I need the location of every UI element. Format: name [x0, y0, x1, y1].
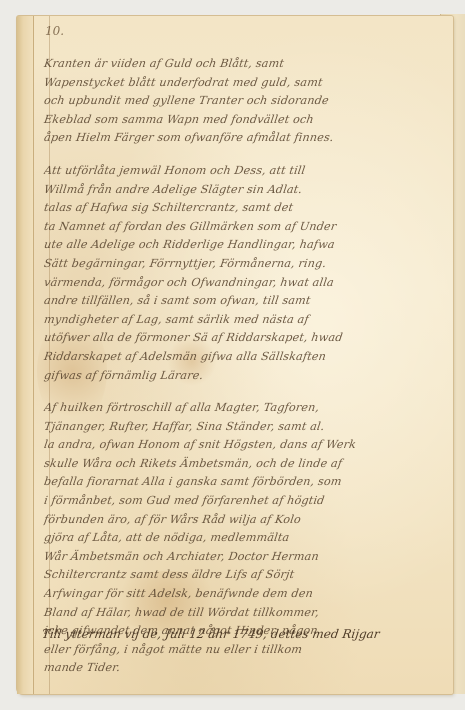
- text-line: andre tillfällen, så i samt som ofwan, t…: [43, 292, 438, 311]
- text-line: eller förfång, i något mätte nu eller i …: [43, 641, 438, 660]
- text-line: Wapenstycket blått underfodrat med guld,…: [43, 74, 438, 93]
- text-line: Ekeblad som samma Wapn med fondvället oc…: [43, 111, 438, 130]
- text-line: gifwas af förnämlig Lärare.: [43, 367, 438, 386]
- text-line: åpen Hielm Färger som ofwanföre afmålat …: [43, 129, 438, 148]
- manuscript-body: Kranten är viiden af Guld och Blått, sam…: [44, 55, 436, 678]
- text-line: Af huilken förtroschill af alla Magter, …: [43, 399, 438, 418]
- text-line: Att utförlåta jemwäl Honom och Dess, att…: [43, 162, 438, 181]
- text-line: Tjänanger, Rufter, Haffar, Sina Ständer,…: [43, 418, 438, 437]
- text-line: gjöra af Låta, att de nödiga, medlemmält…: [43, 529, 438, 548]
- text-line: Schiltercrantz samt dess äldre Lifs af S…: [43, 566, 438, 585]
- paragraph-1: Kranten är viiden af Guld och Blått, sam…: [44, 55, 436, 148]
- text-line: förbunden äro, af för Wårs Råd wilja af …: [43, 511, 438, 530]
- text-line: Sätt begärningar, Förrnyttjer, Förmånern…: [43, 255, 438, 274]
- text-line: myndigheter af Lag, samt särlik med näst…: [43, 311, 438, 330]
- paragraph-2: Att utförlåta jemwäl Honom och Dess, att…: [44, 162, 436, 385]
- text-line: ta Namnet af fordan des Gillmärken som a…: [43, 218, 438, 237]
- text-line: talas af Hafwa sig Schiltercrantz, samt …: [43, 199, 438, 218]
- text-line: Kranten är viiden af Guld och Blått, sam…: [43, 55, 438, 74]
- text-line: mande Tider.: [43, 659, 438, 678]
- text-line: skulle Wåra och Rikets Ämbetsmän, och de…: [43, 455, 438, 474]
- text-line: la andra, ofwan Honom af snit Högsten, d…: [43, 436, 438, 455]
- closing-line: Till ytterman vij de, Juli 12 åhr 1749, …: [41, 627, 443, 641]
- text-line: Wår Ämbetsmän och Archiater, Doctor Herm…: [43, 548, 438, 567]
- text-line: befalla fiorarnat Alla i ganska samt för…: [43, 473, 438, 492]
- text-line: utöfwer alla de förmoner Sä af Riddarska…: [43, 329, 438, 348]
- text-line: och upbundit med gyllene Tranter och sid…: [43, 92, 438, 111]
- text-line: värmenda, förmågor och Ofwandningar, hwa…: [43, 274, 438, 293]
- text-line: ute alle Adelige och Ridderlige Handling…: [43, 236, 438, 255]
- text-line: i förmånbet, som Gud med förfarenhet af …: [43, 492, 438, 511]
- text-line: Willmå från andre Adelige Slägter sin Ad…: [43, 181, 438, 200]
- text-line: Riddarskapet af Adelsmän gifwa alla Säll…: [43, 348, 438, 367]
- page-number: 10.: [45, 24, 64, 38]
- text-line: Bland af Hälar, hwad de till Wördat till…: [43, 604, 438, 623]
- text-line: Arfwingar för sitt Adelsk, benäfwnde dem…: [43, 585, 438, 604]
